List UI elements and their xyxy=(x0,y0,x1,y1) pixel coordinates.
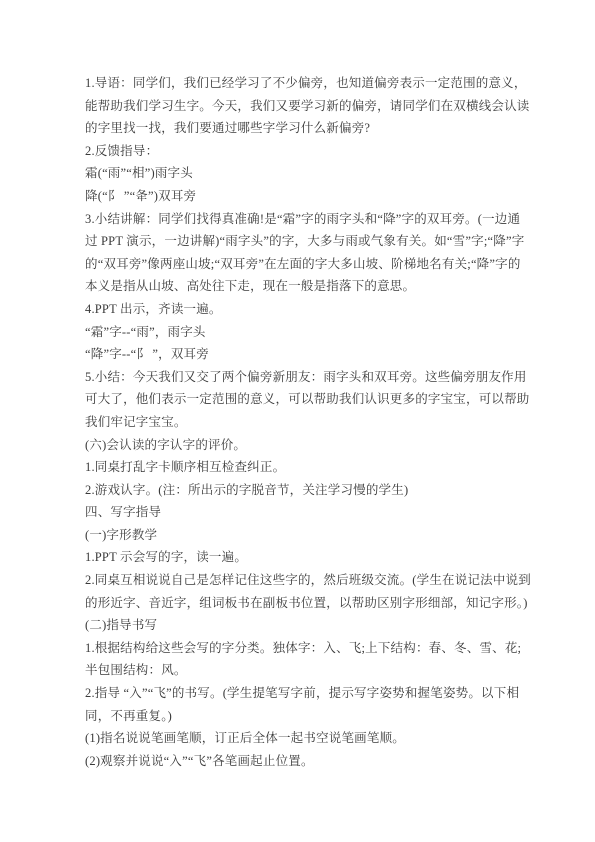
text-line: 能帮助我们学习生字。今天，我们又要学习新的偏旁，请同学们在双横线会认读 xyxy=(85,95,560,118)
text-line: 四、写字指导 xyxy=(85,501,560,524)
text-line: 霜(“雨”“相”)雨字头 xyxy=(85,162,560,185)
text-line: 我们牢记字宝宝。 xyxy=(85,411,560,434)
text-line: 同，不再重复。) xyxy=(85,705,560,728)
text-line: 1.导语：同学们，我们已经学习了不少偏旁，也知道偏旁表示一定范围的意义， xyxy=(85,72,560,95)
text-line: 1.同桌打乱字卡顺序相互检查纠正。 xyxy=(85,456,560,479)
text-line: (六)会认读的字认字的评价。 xyxy=(85,434,560,457)
text-line: 的形近字、音近字，组词板书在副板书位置，以帮助区别字形细部，知记字形。) xyxy=(85,592,560,615)
text-line: 本义是指从山坡、高处往下走，现在一般是指落下的意思。 xyxy=(85,275,560,298)
text-line: 2.游戏认字。(注：所出示的字脱音节，关注学习慢的学生) xyxy=(85,479,560,502)
text-line: 半包围结构：风。 xyxy=(85,659,560,682)
text-line: 2.指导 “入”“飞”的书写。(学生提笔写字前，提示写字姿势和握笔姿势。以下相 xyxy=(85,682,560,705)
text-line: 可大了，他们表示一定范围的意义，可以帮助我们认识更多的字宝宝，可以帮助 xyxy=(85,388,560,411)
text-line: 过 PPT 演示，一边讲解)“雨字头”的字，大多与雨或气象有关。如“雪”字;“降… xyxy=(85,230,560,253)
text-line: 的字里找一找，我们要通过哪些字学习什么新偏旁? xyxy=(85,117,560,140)
text-line: (1)指名说说笔画笔顺，订正后全体一起书空说笔画笔顺。 xyxy=(85,727,560,750)
text-line: 的“双耳旁”像两座山坡;“双耳旁”在左面的字大多山坡、阶梯地名有关;“降”字的 xyxy=(85,253,560,276)
text-line: 降(“阝 ”“夅”)双耳旁 xyxy=(85,185,560,208)
text-line: 2.同桌互相说说自己是怎样记住这些字的，然后班级交流。(学生在说记法中说到 xyxy=(85,569,560,592)
text-line: 4.PPT 出示，齐读一遍。 xyxy=(85,298,560,321)
text-line: 2.反馈指导： xyxy=(85,140,560,163)
text-line: (二)指导书写 xyxy=(85,614,560,637)
lesson-plan-text-block: 1.导语：同学们，我们已经学习了不少偏旁，也知道偏旁表示一定范围的意义， 能帮助… xyxy=(85,72,560,772)
text-line: 3.小结讲解：同学们找得真准确!是“霜”字的雨字头和“降”字的双耳旁。(一边通 xyxy=(85,208,560,231)
text-line: “降”字--“阝 ”，双耳旁 xyxy=(85,343,560,366)
text-line: 5.小结：今天我们又交了两个偏旁新朋友：雨字头和双耳旁。这些偏旁朋友作用 xyxy=(85,366,560,389)
text-line: 1.根据结构给这些会写的字分类。独体字：入、飞;上下结构：春、冬、雪、花; xyxy=(85,637,560,660)
text-line: (一)字形教学 xyxy=(85,524,560,547)
text-line: 1.PPT 示会写的字，读一遍。 xyxy=(85,546,560,569)
text-line: “霜”字--“雨”，雨字头 xyxy=(85,321,560,344)
text-line: (2)观察并说说“入”“飞”各笔画起止位置。 xyxy=(85,750,560,773)
document-page: 1.导语：同学们，我们已经学习了不少偏旁，也知道偏旁表示一定范围的意义， 能帮助… xyxy=(0,0,595,842)
